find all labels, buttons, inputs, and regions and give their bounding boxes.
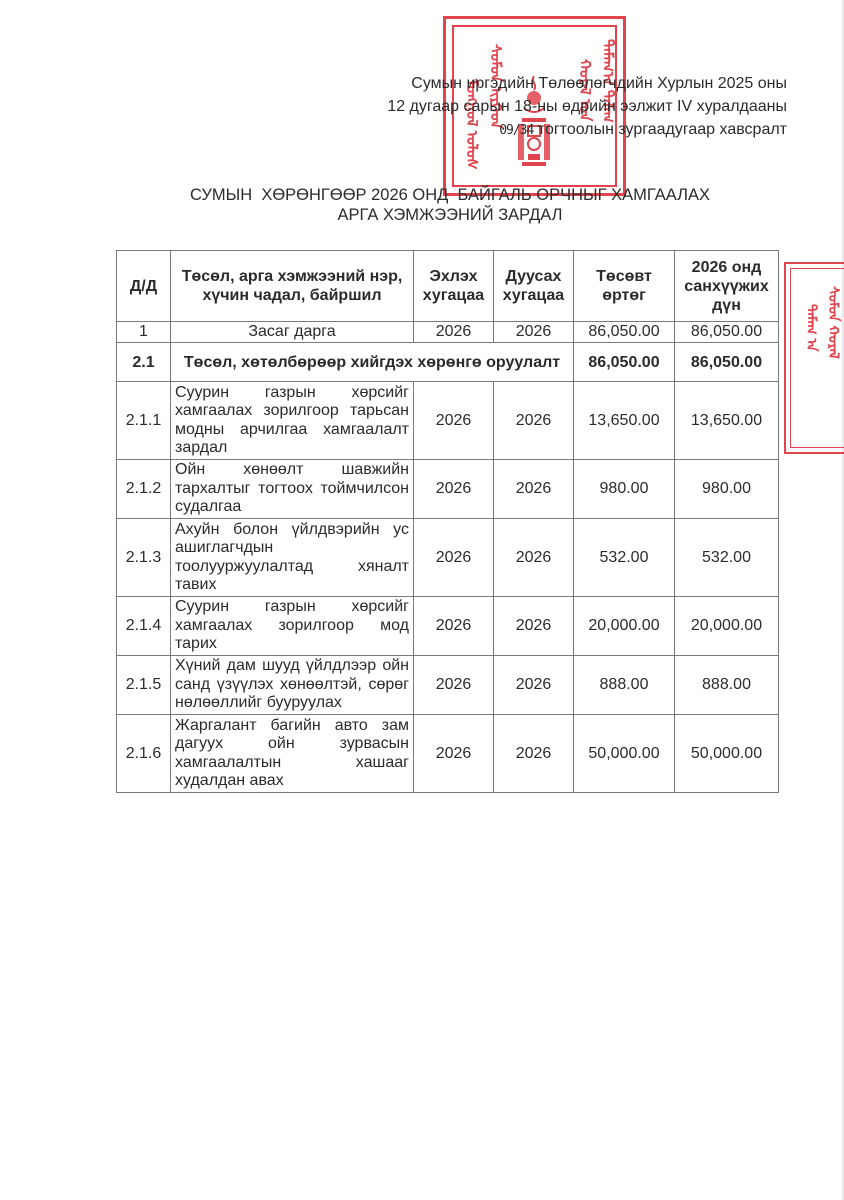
cell-end: 2026 bbox=[494, 597, 574, 656]
col-header-funding: 2026 онд санхүүжих дүн bbox=[675, 251, 779, 322]
cell-cost: 532.00 bbox=[574, 519, 675, 597]
resolution-number: 09/34 bbox=[499, 123, 533, 138]
cell-name: Ахуйн болон үйлдвэрийн ус ашиглагчдын то… bbox=[171, 519, 414, 597]
cell-funding: 532.00 bbox=[675, 519, 779, 597]
cell-name: Хүний дам шууд үйлдлээр ойн санд үзүүлэх… bbox=[171, 656, 414, 715]
title-line-2: АРГА ХЭМЖЭЭНИЙ ЗАРДАЛ bbox=[150, 205, 750, 225]
col-header-name: Төсөл, арга хэмжээний нэр, хүчин чадал, … bbox=[171, 251, 414, 322]
side-seal-script-1: ᠲᠠᠮᠠᠭ ᠠ bbox=[800, 304, 824, 444]
cell-end: 2026 bbox=[494, 322, 574, 343]
cell-cost: 888.00 bbox=[574, 656, 675, 715]
cell-section-name: Төсөл, хөтөлбөрөөр хийгдэх хөрөнгө оруул… bbox=[171, 343, 574, 382]
cell-end: 2026 bbox=[494, 519, 574, 597]
col-header-start: Эхлэх хугацаа bbox=[414, 251, 494, 322]
cell-name: Жаргалант багийн авто зам дагуух ойн зур… bbox=[171, 715, 414, 793]
cell-end: 2026 bbox=[494, 382, 574, 460]
cell-name: Суурин газрын хөрсийг хамгаалах зорилгоо… bbox=[171, 382, 414, 460]
cell-no: 2.1.6 bbox=[117, 715, 171, 793]
side-seal-icon: ᠲᠠᠮᠠᠭ ᠠ ᠰᠤᠮᠤᠨ ᠬᠤᠷᠠᠯ bbox=[784, 262, 844, 454]
cell-no: 2.1.4 bbox=[117, 597, 171, 656]
cell-funding: 20,000.00 bbox=[675, 597, 779, 656]
cell-funding: 980.00 bbox=[675, 460, 779, 519]
annex-line-3: 09/34 тогтоолын зургаадугаар хавсралт bbox=[387, 118, 787, 142]
cell-cost: 50,000.00 bbox=[574, 715, 675, 793]
cell-cost: 13,650.00 bbox=[574, 382, 675, 460]
cell-cost: 20,000.00 bbox=[574, 597, 675, 656]
cell-start: 2026 bbox=[414, 519, 494, 597]
cell-start: 2026 bbox=[414, 715, 494, 793]
table-row-section: 2.1 Төсөл, хөтөлбөрөөр хийгдэх хөрөнгө о… bbox=[117, 343, 779, 382]
annex-line-2: 12 дугаар сарын 18-ны өдрийн ээлжит IV х… bbox=[387, 95, 787, 118]
table-row: 2.1.3 Ахуйн болон үйлдвэрийн ус ашиглагч… bbox=[117, 519, 779, 597]
col-header-end: Дуусах хугацаа bbox=[494, 251, 574, 322]
cell-name: Суурин газрын хөрсийг хамгаалах зорилгоо… bbox=[171, 597, 414, 656]
cell-no: 2.1.3 bbox=[117, 519, 171, 597]
cell-no: 2.1.2 bbox=[117, 460, 171, 519]
budget-table: Д/Д Төсөл, арга хэмжээний нэр, хүчин чад… bbox=[116, 250, 779, 793]
table-row: 2.1.5 Хүний дам шууд үйлдлээр ойн санд ү… bbox=[117, 656, 779, 715]
cell-no: 2.1 bbox=[117, 343, 171, 382]
cell-name: Засаг дарга bbox=[171, 322, 414, 343]
cell-end: 2026 bbox=[494, 715, 574, 793]
col-header-cost: Төсөвт өртөг bbox=[574, 251, 675, 322]
cell-end: 2026 bbox=[494, 656, 574, 715]
cell-no: 2.1.1 bbox=[117, 382, 171, 460]
cell-no: 1 bbox=[117, 322, 171, 343]
cell-cost: 980.00 bbox=[574, 460, 675, 519]
annex-line-3-text: тогтоолын зургаадугаар хавсралт bbox=[533, 121, 787, 138]
cell-start: 2026 bbox=[414, 656, 494, 715]
cell-cost: 86,050.00 bbox=[574, 343, 675, 382]
cell-funding: 86,050.00 bbox=[675, 322, 779, 343]
cell-no: 2.1.5 bbox=[117, 656, 171, 715]
annex-line-1: Сумын иргэдийн Төлөөлөгчдийн Хурлын 2025… bbox=[387, 72, 787, 95]
table-row: 2.1.4 Суурин газрын хөрсийг хамгаалах зо… bbox=[117, 597, 779, 656]
document-title: СУМЫН ХӨРӨНГӨӨР 2026 ОНД БАЙГАЛЬ ОРЧНЫГ … bbox=[150, 185, 750, 225]
cell-start: 2026 bbox=[414, 597, 494, 656]
col-header-no: Д/Д bbox=[117, 251, 171, 322]
annex-reference: Сумын иргэдийн Төлөөлөгчдийн Хурлын 2025… bbox=[387, 72, 787, 142]
cell-cost: 86,050.00 bbox=[574, 322, 675, 343]
cell-funding: 86,050.00 bbox=[675, 343, 779, 382]
table-row: 2.1.2 Ойн хөнөөлт шавжийн тархалтыг тогт… bbox=[117, 460, 779, 519]
cell-funding: 888.00 bbox=[675, 656, 779, 715]
cell-funding: 13,650.00 bbox=[675, 382, 779, 460]
cell-end: 2026 bbox=[494, 460, 574, 519]
title-line-1: СУМЫН ХӨРӨНГӨӨР 2026 ОНД БАЙГАЛЬ ОРЧНЫГ … bbox=[150, 185, 750, 205]
table-header-row: Д/Д Төсөл, арга хэмжээний нэр, хүчин чад… bbox=[117, 251, 779, 322]
table-row: 2.1.6 Жаргалант багийн авто зам дагуух о… bbox=[117, 715, 779, 793]
table-row-total: 1 Засаг дарга 2026 2026 86,050.00 86,050… bbox=[117, 322, 779, 343]
cell-start: 2026 bbox=[414, 460, 494, 519]
cell-name: Ойн хөнөөлт шавжийн тархалтыг тогтоох то… bbox=[171, 460, 414, 519]
table-row: 2.1.1 Суурин газрын хөрсийг хамгаалах зо… bbox=[117, 382, 779, 460]
side-seal-script-2: ᠰᠤᠮᠤᠨ ᠬᠤᠷᠠᠯ bbox=[822, 286, 844, 446]
cell-start: 2026 bbox=[414, 382, 494, 460]
cell-funding: 50,000.00 bbox=[675, 715, 779, 793]
cell-start: 2026 bbox=[414, 322, 494, 343]
